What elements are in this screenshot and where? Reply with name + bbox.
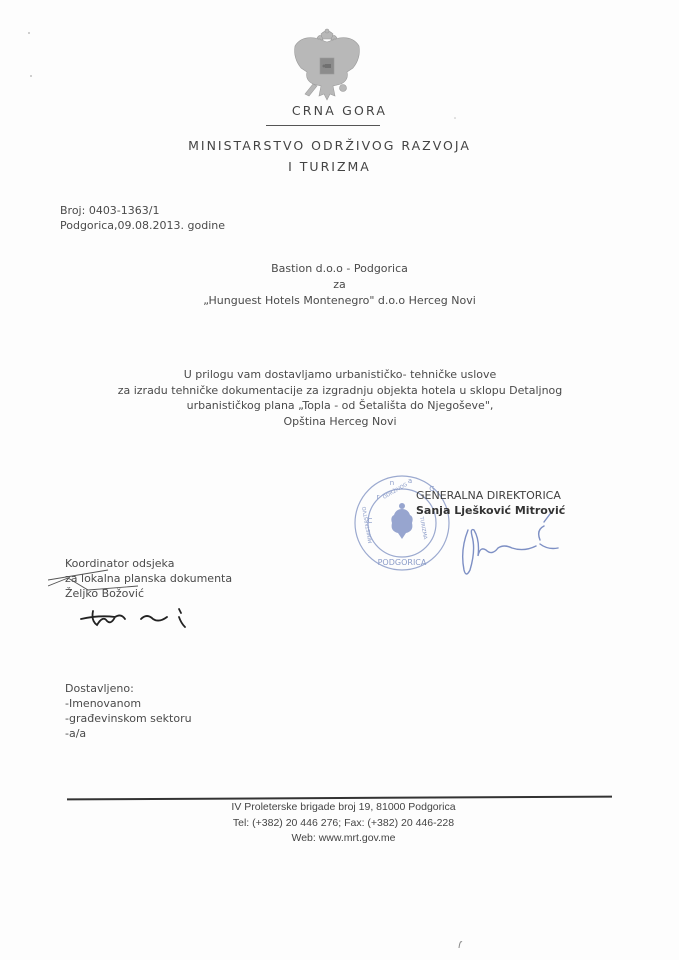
addressee-line1: Bastion d.o.o - Podgorica <box>0 261 679 277</box>
body-line: U prilogu vam dostavljamo urbanističko- … <box>80 367 600 383</box>
footer-web[interactable]: Web: www.mrt.gov.me <box>8 831 679 847</box>
addressee-block: Bastion d.o.o - Podgorica za „Hunguest H… <box>0 261 679 309</box>
country-name: CRNA GORA <box>0 103 679 118</box>
footer-address: IV Proleterske brigade broj 19, 81000 Po… <box>8 800 679 816</box>
distribution-title: Dostavljeno: <box>65 681 192 696</box>
svg-text:r: r <box>377 493 380 501</box>
director-signature-icon <box>440 500 570 580</box>
distribution-item: -građevinskom sektoru <box>65 711 192 726</box>
letter-body: U prilogu vam dostavljamo urbanističko- … <box>80 367 600 429</box>
body-line: urbanističkog plana „Topla - od Šetališt… <box>80 398 600 414</box>
coordinator-signature-icon <box>75 605 195 631</box>
svg-text:TURIZMA: TURIZMA <box>418 515 428 540</box>
svg-text:n: n <box>390 479 394 487</box>
body-line: Opština Herceg Novi <box>80 414 600 430</box>
addressee-line2: za <box>0 277 679 293</box>
svg-text:ODRŽIVOG: ODRŽIVOG <box>381 480 409 501</box>
footer-contact: IV Proleterske brigade broj 19, 81000 Po… <box>0 800 679 847</box>
addressee-line3: „Hunguest Hotels Montenegro" d.o.o Herce… <box>0 293 679 309</box>
document-reference: Broj: 0403-1363/1 Podgorica,09.08.2013. … <box>60 203 225 233</box>
distribution-list: Dostavljeno: -Imenovanom -građevinskom s… <box>65 681 192 741</box>
coordinator-initial-strike-icon <box>48 566 148 596</box>
ministry-name: MINISTARSTVO ODRŽIVOG RAZVOJA I TURIZMA <box>0 135 659 177</box>
ministry-name-line1: MINISTARSTVO ODRŽIVOG RAZVOJA <box>0 135 659 156</box>
place-date: Podgorica,09.08.2013. godine <box>60 218 225 233</box>
footer-phone-fax: Tel: (+382) 20 446 276; Fax: (+382) 20 4… <box>8 816 679 832</box>
distribution-item: -Imenovanom <box>65 696 192 711</box>
coat-of-arms-icon <box>291 28 363 102</box>
reference-number: Broj: 0403-1363/1 <box>60 203 225 218</box>
distribution-item: -a/a <box>65 726 192 741</box>
ministry-name-line2: I TURIZMA <box>0 156 659 177</box>
header-divider <box>266 125 380 126</box>
svg-text:a: a <box>408 477 412 485</box>
body-line: za izradu tehničke dokumentacije za izgr… <box>80 383 600 399</box>
svg-text:PODGORICA: PODGORICA <box>378 558 427 567</box>
